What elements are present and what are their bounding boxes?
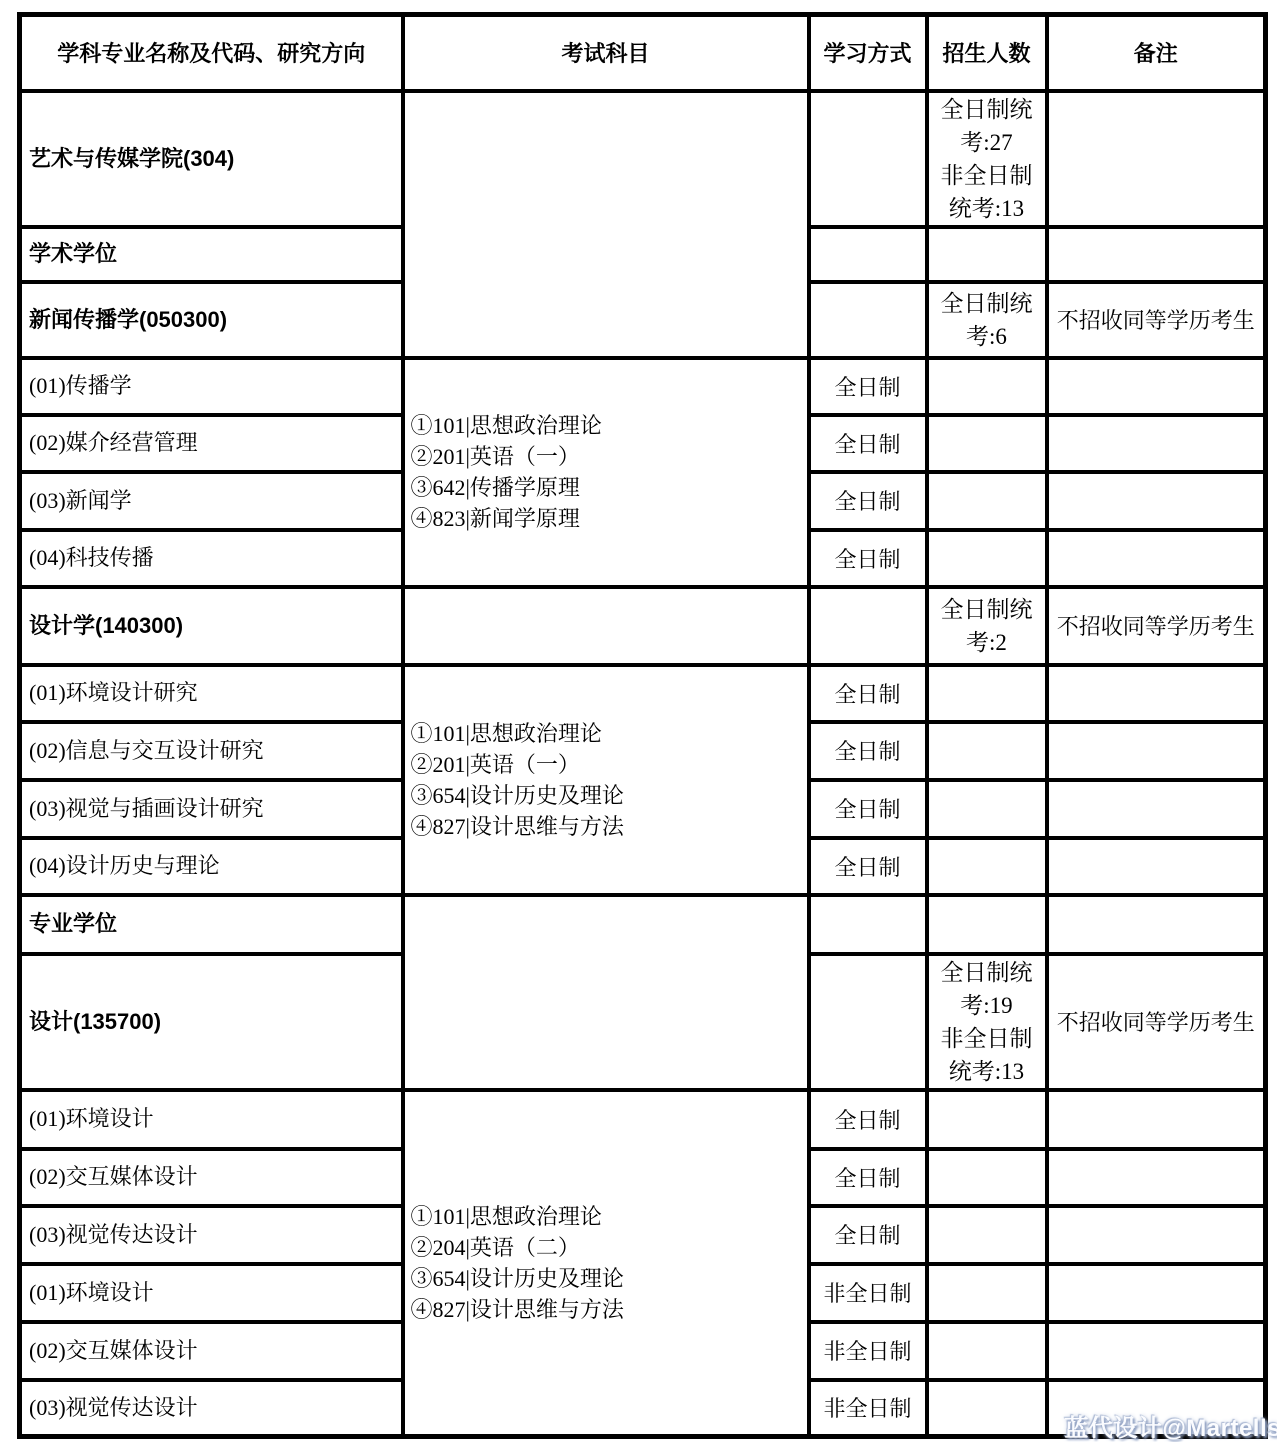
exam-line: ②201|英语（一） [411, 441, 803, 472]
enrollment-cell [927, 530, 1047, 587]
study-mode-cell: 非全日制 [809, 1322, 927, 1380]
study-mode-cell: 全日制 [809, 665, 927, 722]
enrollment-cell [927, 1264, 1047, 1322]
quota-line: 非全日制统考:13 [940, 159, 1034, 225]
enrollment-cell [927, 415, 1047, 472]
study-mode-cell: 全日制 [809, 472, 927, 530]
exam-subjects-cell [403, 895, 809, 1090]
exam-line: ④827|设计思维与方法 [411, 1294, 803, 1325]
major-name-cell: 艺术与传媒学院(304) [20, 91, 403, 227]
admissions-table: 学科专业名称及代码、研究方向 考试科目 学习方式 招生人数 备注 艺术与传媒学院… [17, 12, 1268, 1439]
exam-subjects-cell: ①101|思想政治理论 ②201|英语（一） ③654|设计历史及理论 ④827… [403, 665, 809, 895]
row-direction: (01)传播学 ①101|思想政治理论 ②201|英语（一） ③642|传播学原… [20, 358, 1266, 415]
enrollment-cell: 全日制统考:27 非全日制统考:13 [927, 91, 1047, 227]
enrollment-cell [927, 780, 1047, 838]
remarks-cell [1047, 227, 1266, 282]
major-name-cell: (02)交互媒体设计 [20, 1149, 403, 1206]
enrollment-cell [927, 1149, 1047, 1206]
major-name-cell: (04)科技传播 [20, 530, 403, 587]
enrollment-cell [927, 227, 1047, 282]
exam-subjects-cell: ①101|思想政治理论 ②201|英语（一） ③642|传播学原理 ④823|新… [403, 358, 809, 587]
enrollment-cell [927, 358, 1047, 415]
row-degree-type: 专业学位 [20, 895, 1266, 954]
exam-line: ①101|思想政治理论 [411, 718, 803, 749]
study-mode-cell: 全日制 [809, 530, 927, 587]
quota-line: 全日制统考:19 [940, 956, 1034, 1022]
enrollment-cell [927, 1206, 1047, 1264]
remarks-cell [1047, 1206, 1266, 1264]
exam-line: ④823|新闻学原理 [411, 503, 803, 534]
quota-line: 全日制统考:2 [940, 593, 1034, 659]
enrollment-cell [927, 1322, 1047, 1380]
study-mode-cell: 全日制 [809, 415, 927, 472]
enrollment-cell [927, 722, 1047, 780]
exam-line: ③654|设计历史及理论 [411, 780, 803, 811]
study-mode-cell: 全日制 [809, 722, 927, 780]
enrollment-cell [927, 472, 1047, 530]
remarks-cell [1047, 780, 1266, 838]
remarks-cell: 不招收同等学历考生 [1047, 587, 1266, 665]
header-remarks: 备注 [1047, 15, 1266, 91]
study-mode-cell: 全日制 [809, 780, 927, 838]
enrollment-cell [927, 1380, 1047, 1437]
major-name-cell: (03)视觉传达设计 [20, 1206, 403, 1264]
remarks-cell [1047, 530, 1266, 587]
major-name-cell: (03)视觉传达设计 [20, 1380, 403, 1437]
major-name-cell: 设计(135700) [20, 954, 403, 1090]
enrollment-cell [927, 1090, 1047, 1149]
remarks-cell [1047, 665, 1266, 722]
quota-line: 全日制统考:27 [940, 93, 1034, 159]
header-row: 学科专业名称及代码、研究方向 考试科目 学习方式 招生人数 备注 [20, 15, 1266, 91]
study-mode-cell [809, 954, 927, 1090]
quota-line: 全日制统考:6 [940, 287, 1034, 353]
remarks-cell [1047, 1090, 1266, 1149]
major-name-cell: (04)设计历史与理论 [20, 838, 403, 895]
enrollment-cell: 全日制统考:6 [927, 282, 1047, 358]
remarks-cell [1047, 472, 1266, 530]
enrollment-cell: 全日制统考:19 非全日制统考:13 [927, 954, 1047, 1090]
major-name-cell: (01)传播学 [20, 358, 403, 415]
major-name-cell: (01)环境设计 [20, 1264, 403, 1322]
exam-subjects-cell [403, 91, 809, 358]
study-mode-cell: 全日制 [809, 838, 927, 895]
study-mode-cell: 全日制 [809, 1149, 927, 1206]
header-enrollment: 招生人数 [927, 15, 1047, 91]
enrollment-cell [927, 838, 1047, 895]
quota-line: 非全日制统考:13 [940, 1022, 1034, 1088]
exam-line: ③642|传播学原理 [411, 472, 803, 503]
major-name-cell: 新闻传播学(050300) [20, 282, 403, 358]
enrollment-cell [927, 895, 1047, 954]
remarks-cell [1047, 722, 1266, 780]
major-name-cell: 设计学(140300) [20, 587, 403, 665]
study-mode-cell: 全日制 [809, 1090, 927, 1149]
remarks-cell [1047, 1322, 1266, 1380]
remarks-cell: 不招收同等学历考生 [1047, 282, 1266, 358]
row-direction: (01)环境设计 ①101|思想政治理论 ②204|英语（二） ③654|设计历… [20, 1090, 1266, 1149]
major-name-cell: 学术学位 [20, 227, 403, 282]
header-study-mode: 学习方式 [809, 15, 927, 91]
header-exam-subjects: 考试科目 [403, 15, 809, 91]
exam-line: ④827|设计思维与方法 [411, 811, 803, 842]
major-name-cell: (01)环境设计研究 [20, 665, 403, 722]
remarks-cell [1047, 415, 1266, 472]
major-name-cell: (03)视觉与插画设计研究 [20, 780, 403, 838]
watermark: 蓝代设计@Martells [1064, 1408, 1277, 1442]
exam-subjects-cell [403, 587, 809, 665]
enrollment-cell [927, 665, 1047, 722]
exam-line: ①101|思想政治理论 [411, 1201, 803, 1232]
study-mode-cell [809, 895, 927, 954]
major-name-cell: (02)媒介经营管理 [20, 415, 403, 472]
remarks-cell [1047, 1149, 1266, 1206]
study-mode-cell [809, 227, 927, 282]
enrollment-cell: 全日制统考:2 [927, 587, 1047, 665]
remarks-cell [1047, 895, 1266, 954]
study-mode-cell [809, 91, 927, 227]
remarks-cell [1047, 91, 1266, 227]
exam-line: ①101|思想政治理论 [411, 410, 803, 441]
remarks-cell [1047, 1264, 1266, 1322]
remarks-cell [1047, 358, 1266, 415]
major-name-cell: 专业学位 [20, 895, 403, 954]
study-mode-cell: 全日制 [809, 358, 927, 415]
major-name-cell: (02)信息与交互设计研究 [20, 722, 403, 780]
study-mode-cell [809, 587, 927, 665]
row-direction: (01)环境设计研究 ①101|思想政治理论 ②201|英语（一） ③654|设… [20, 665, 1266, 722]
row-major: 设计学(140300) 全日制统考:2 不招收同等学历考生 [20, 587, 1266, 665]
study-mode-cell: 非全日制 [809, 1264, 927, 1322]
exam-line: ③654|设计历史及理论 [411, 1263, 803, 1294]
major-name-cell: (03)新闻学 [20, 472, 403, 530]
study-mode-cell [809, 282, 927, 358]
exam-line: ②204|英语（二） [411, 1232, 803, 1263]
study-mode-cell: 全日制 [809, 1206, 927, 1264]
major-name-cell: (01)环境设计 [20, 1090, 403, 1149]
header-major: 学科专业名称及代码、研究方向 [20, 15, 403, 91]
study-mode-cell: 非全日制 [809, 1380, 927, 1437]
row-college: 艺术与传媒学院(304) 全日制统考:27 非全日制统考:13 [20, 91, 1266, 227]
major-name-cell: (02)交互媒体设计 [20, 1322, 403, 1380]
exam-subjects-cell: ①101|思想政治理论 ②204|英语（二） ③654|设计历史及理论 ④827… [403, 1090, 809, 1437]
exam-line: ②201|英语（一） [411, 749, 803, 780]
remarks-cell [1047, 838, 1266, 895]
remarks-cell: 不招收同等学历考生 [1047, 954, 1266, 1090]
